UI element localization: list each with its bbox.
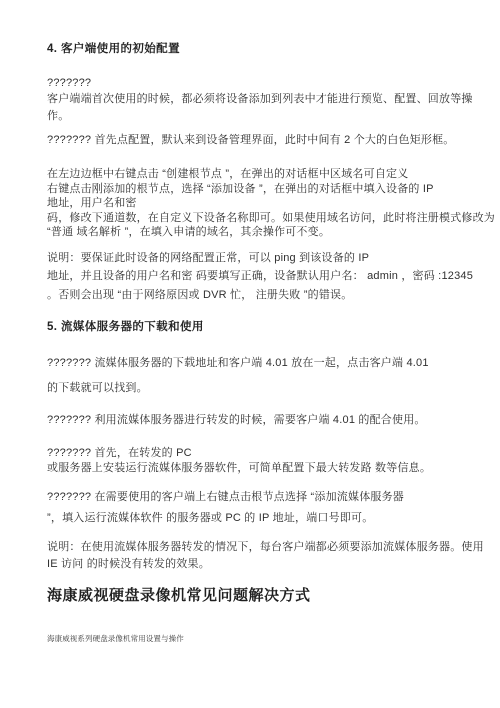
section-4-step-2-line-1: 在左边边框中右键点击 “创建根节点 ”，在弹出的对话框中区域名可自定义 [47, 167, 408, 181]
document-title: 海康威视硬盘录像机常见问题解决方式 [47, 589, 311, 603]
section-5-heading: 5. 流媒体服务器的下载和使用 [47, 320, 204, 334]
section-4-step-2-line-4: 码，修改下通道数，在自定义下设备名称即可。如果使用域名访问，此时将注册模式修改为 [47, 211, 495, 225]
section-4-qmark-line: ??????? [47, 76, 91, 90]
section-5-note-line-1: 说明：在使用流媒体服务器转发的情况下，每台客户端都必须要添加流媒体服务器。使用 [47, 540, 484, 554]
section-5-p4-line-2: ”，填入运行流媒体软件 的服务器或 PC 的 IP 地址，端口号即可。 [47, 511, 373, 525]
section-4-note-line-3: 。否则会出现 “由于网络原因或 DVR 忙， 注册失败 ”的错误。 [47, 288, 352, 302]
section-5-p3-line-2: 或服务器上安装运行流媒体服务器软件，可简单配置下最大转发路 数等信息。 [47, 461, 431, 475]
section-4-step-2-line-3: 地址，用户名和密 [47, 196, 137, 210]
document-page: 4. 客户端使用的初始配置 ??????? 客户端端首次使用的时候，都必须将设备… [0, 0, 500, 708]
section-4-step-2-line-2: 右键点击刚添加的根节点，选择 “添加设备 ”，在弹出的对话框中填入设备的 IP [47, 182, 434, 196]
section-5-p4-line-1: ??????? 在需要使用的客户端上右键点击根节点选择 “添加流媒体服务器 [47, 490, 404, 504]
section-4-step-1: ??????? 首先点配置，默认来到设备管理界面，此时中间有 2 个大的白色矩形… [47, 133, 455, 147]
section-4-intro-line-2: 作。 [47, 109, 69, 123]
section-4-note-line-2: 地址，并且设备的用户名和密 码要填写正确，设备默认用户名： admin ，密码 … [47, 269, 473, 283]
section-4-note-line-1: 说明：要保证此时设备的网络配置正常，可以 ping 到该设备的 IP [47, 251, 369, 265]
document-subtitle: 海康威视系列硬盘录像机常用设置与操作 [47, 632, 184, 646]
section-5-p1-line-2: 的下载就可以找到。 [47, 381, 148, 395]
section-5-p2: ??????? 利用流媒体服务器进行转发的时候，需要客户端 4.01 的配合使用… [47, 413, 426, 427]
section-4-heading: 4. 客户端使用的初始配置 [47, 42, 180, 56]
section-4-step-2-line-5: “普通 域名解析 ”，在填入申请的域名，其余操作可不变。 [47, 225, 330, 239]
section-5-note-line-2: IE 访问 的时候没有转发的效果。 [47, 557, 210, 571]
section-4-intro-line-1: 客户端端首次使用的时候，都必须将设备添加到列表中才能进行预览、配置、回放等操 [47, 92, 473, 106]
section-5-p3-line-1: ??????? 首先，在转发的 PC [47, 446, 192, 460]
section-5-p1-line-1: ??????? 流媒体服务器的下载地址和客户端 4.01 放在一起，点击客户端 … [47, 356, 429, 370]
